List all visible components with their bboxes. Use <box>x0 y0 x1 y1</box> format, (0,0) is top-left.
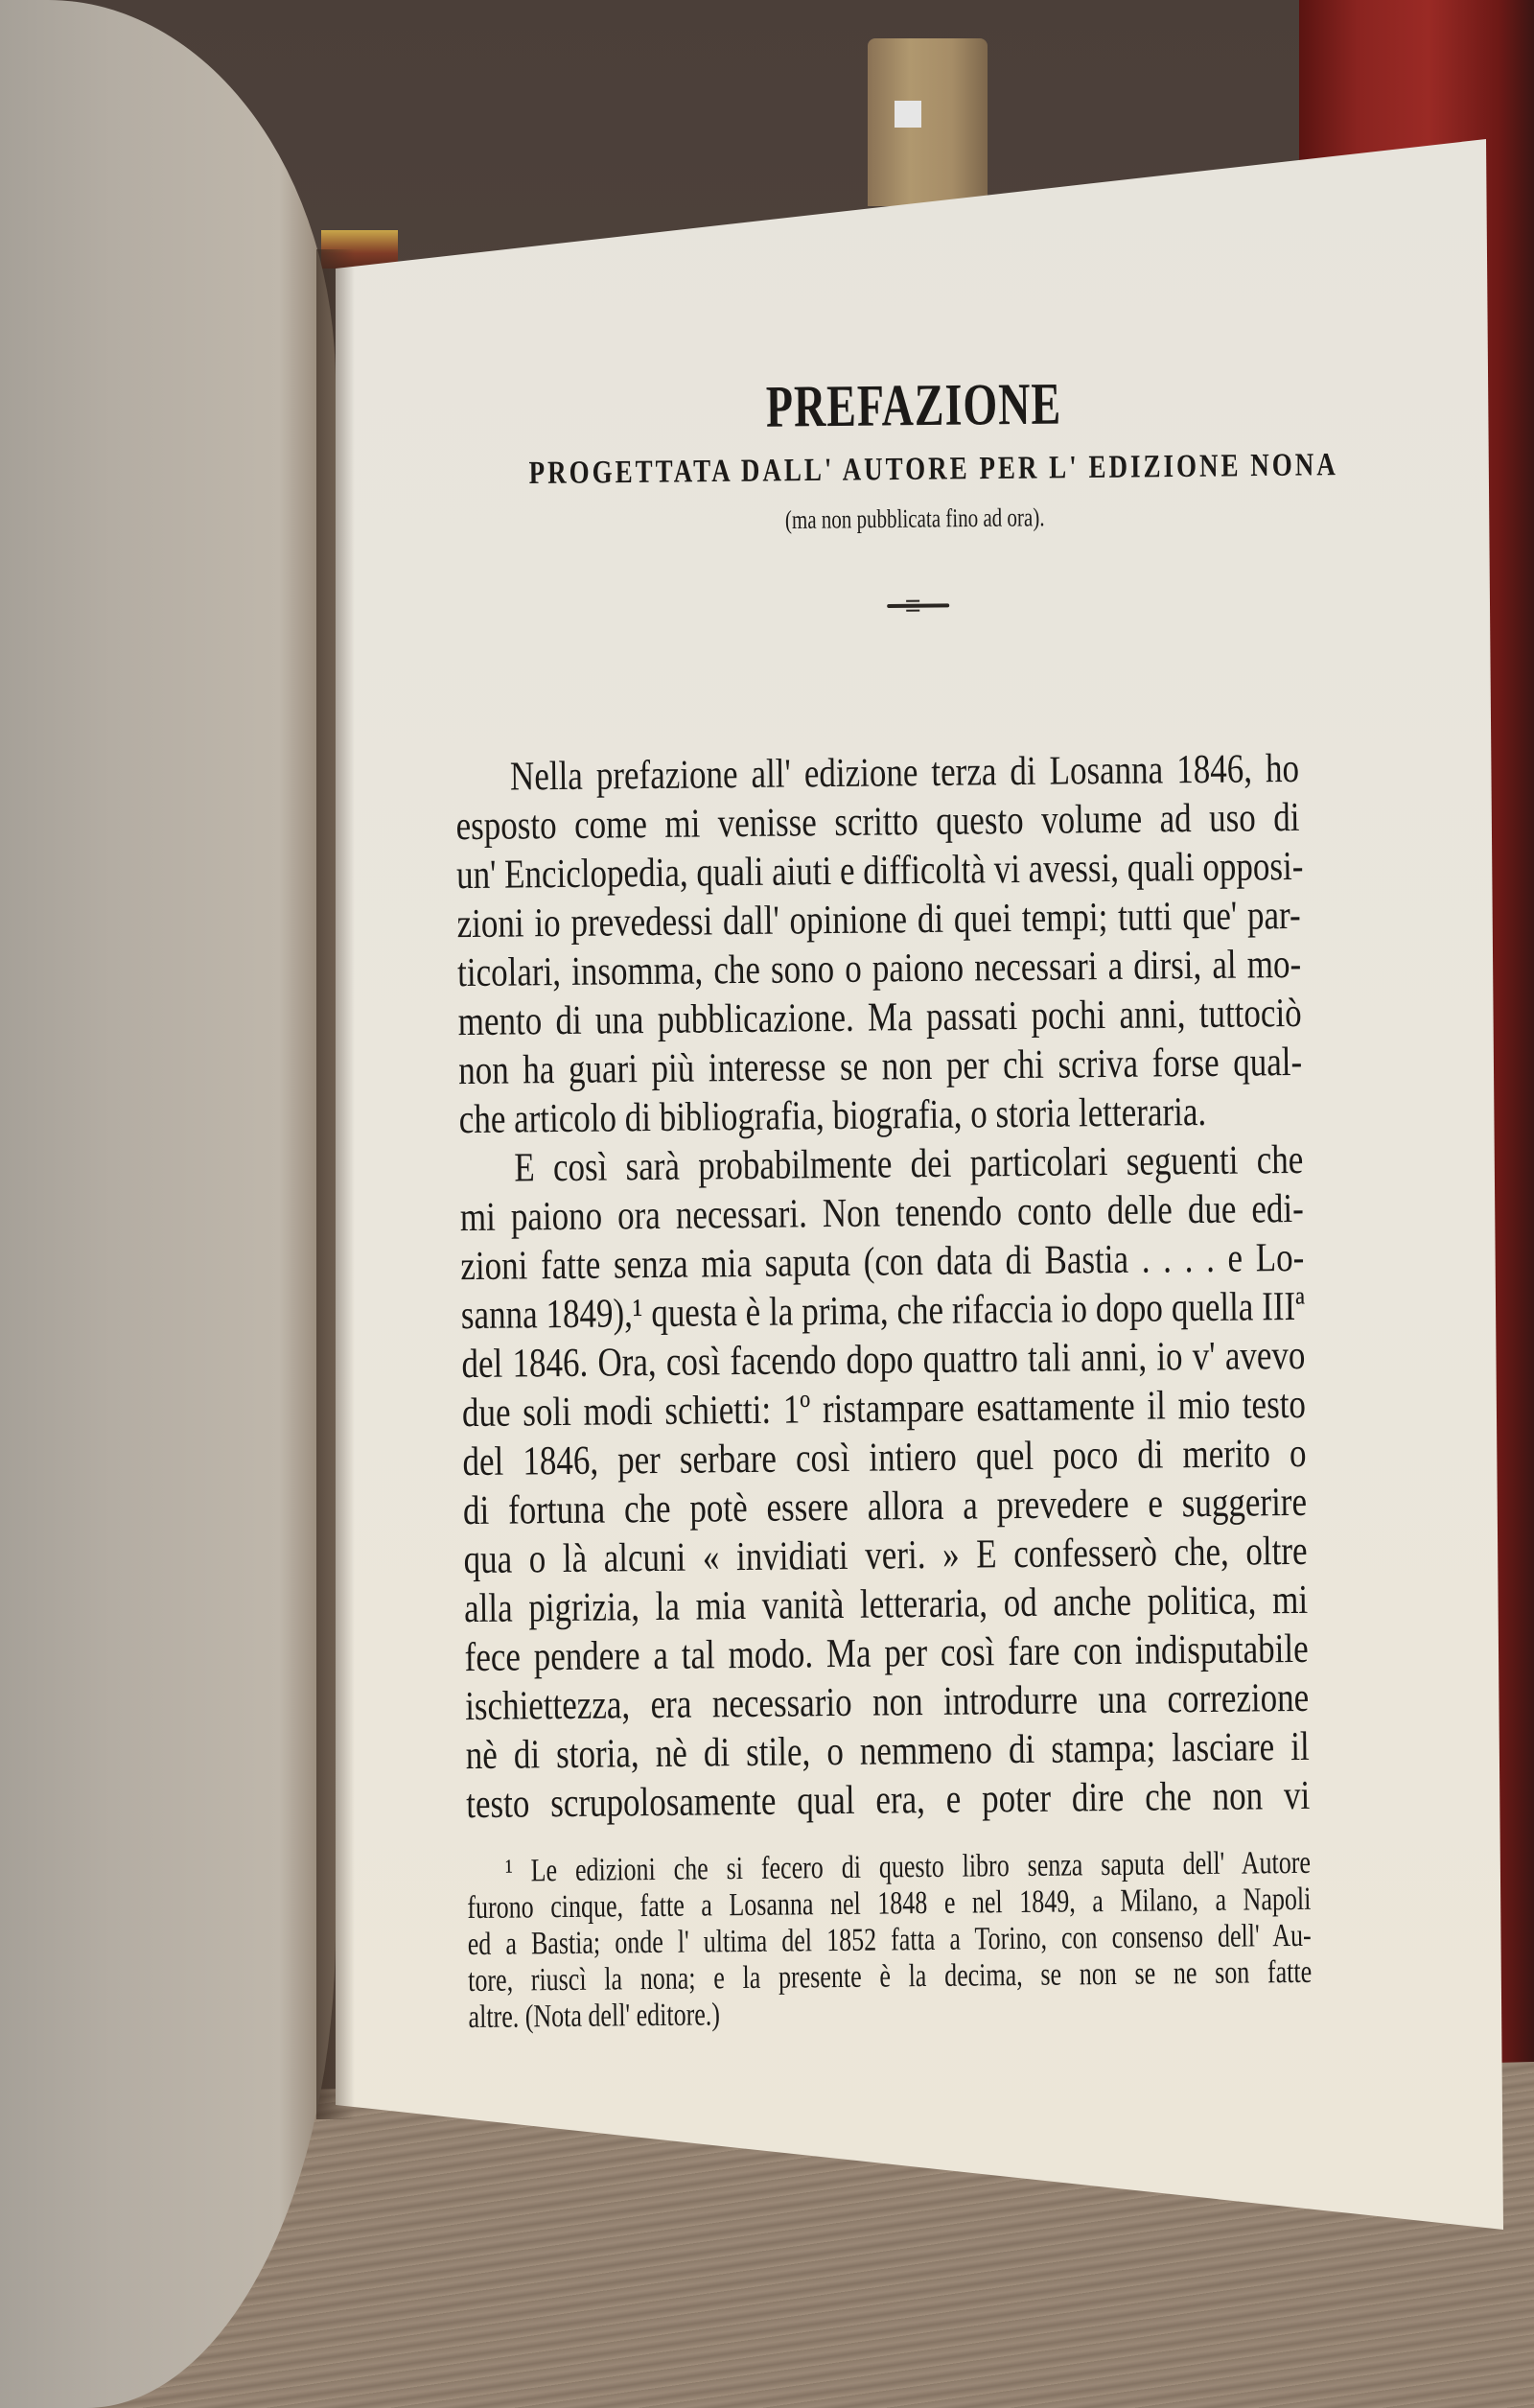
body-line: del 1846, per serbare così intiero quel … <box>462 1430 1306 1485</box>
body-line: mi paiono ora necessari. Non tenendo con… <box>460 1185 1304 1241</box>
body-line: zioni io prevedessi dall' opinione di qu… <box>456 892 1300 947</box>
page-content: PREFAZIONE PROGETTATA DALL' AUTORE PER L… <box>336 122 1525 2234</box>
body-line: che articolo di bibliografia, biografia,… <box>459 1087 1303 1143</box>
page-title: PREFAZIONE <box>722 368 1106 441</box>
body-line: del 1846. Ora, così facendo dopo quattro… <box>461 1332 1305 1388</box>
body-line: testo scrupolosamente qual era, e poter … <box>466 1772 1310 1828</box>
body-line: sanna 1849),¹ questa è la prima, che rif… <box>461 1283 1305 1339</box>
body-line: nè di storia, nè di stile, o nemmeno di … <box>465 1723 1309 1779</box>
body-line: zioni fatte senza mia saputa (con data d… <box>460 1234 1304 1290</box>
body-line: esposto come mi venisse scritto questo v… <box>455 794 1299 850</box>
page-subtitle: PROGETTATA DALL' AUTORE PER L' EDIZIONE … <box>502 446 1365 492</box>
body-line: mento di una pubblicazione. Ma passati p… <box>457 990 1301 1045</box>
left-page <box>0 0 336 2408</box>
body-line: alla pigrizia, la mia vanità letteraria,… <box>464 1577 1308 1632</box>
body-line: un' Enciclopedia, quali aiuti e difficol… <box>456 843 1300 899</box>
body-line: ischiettezza, era necessario non introdu… <box>465 1674 1309 1730</box>
footnote-line: altre. (Nota dell' editore.) <box>468 1990 1312 2036</box>
body-line: due soli modi schietti: 1º ristampare es… <box>462 1381 1306 1437</box>
roll-label <box>895 101 921 128</box>
page-subnote: (ma non pubblicata fino ad ora). <box>627 501 1202 538</box>
body-line: ticolari, insomma, che sono o paiono nec… <box>457 941 1301 996</box>
ornament-rule-icon <box>887 603 949 608</box>
body-line: Nella prefazione all' edizione terza di … <box>510 745 1299 800</box>
body-line: qua o là alcuni « invidiati veri. » E co… <box>463 1528 1307 1583</box>
body-line: non ha guari più interesse se non per ch… <box>458 1039 1302 1094</box>
body-line: E così sarà probabilmente dei particolar… <box>514 1136 1303 1191</box>
body-line: fece pendere a tal modo. Ma per così far… <box>464 1625 1308 1681</box>
body-line: di fortuna che potè essere allora a prev… <box>463 1479 1307 1534</box>
